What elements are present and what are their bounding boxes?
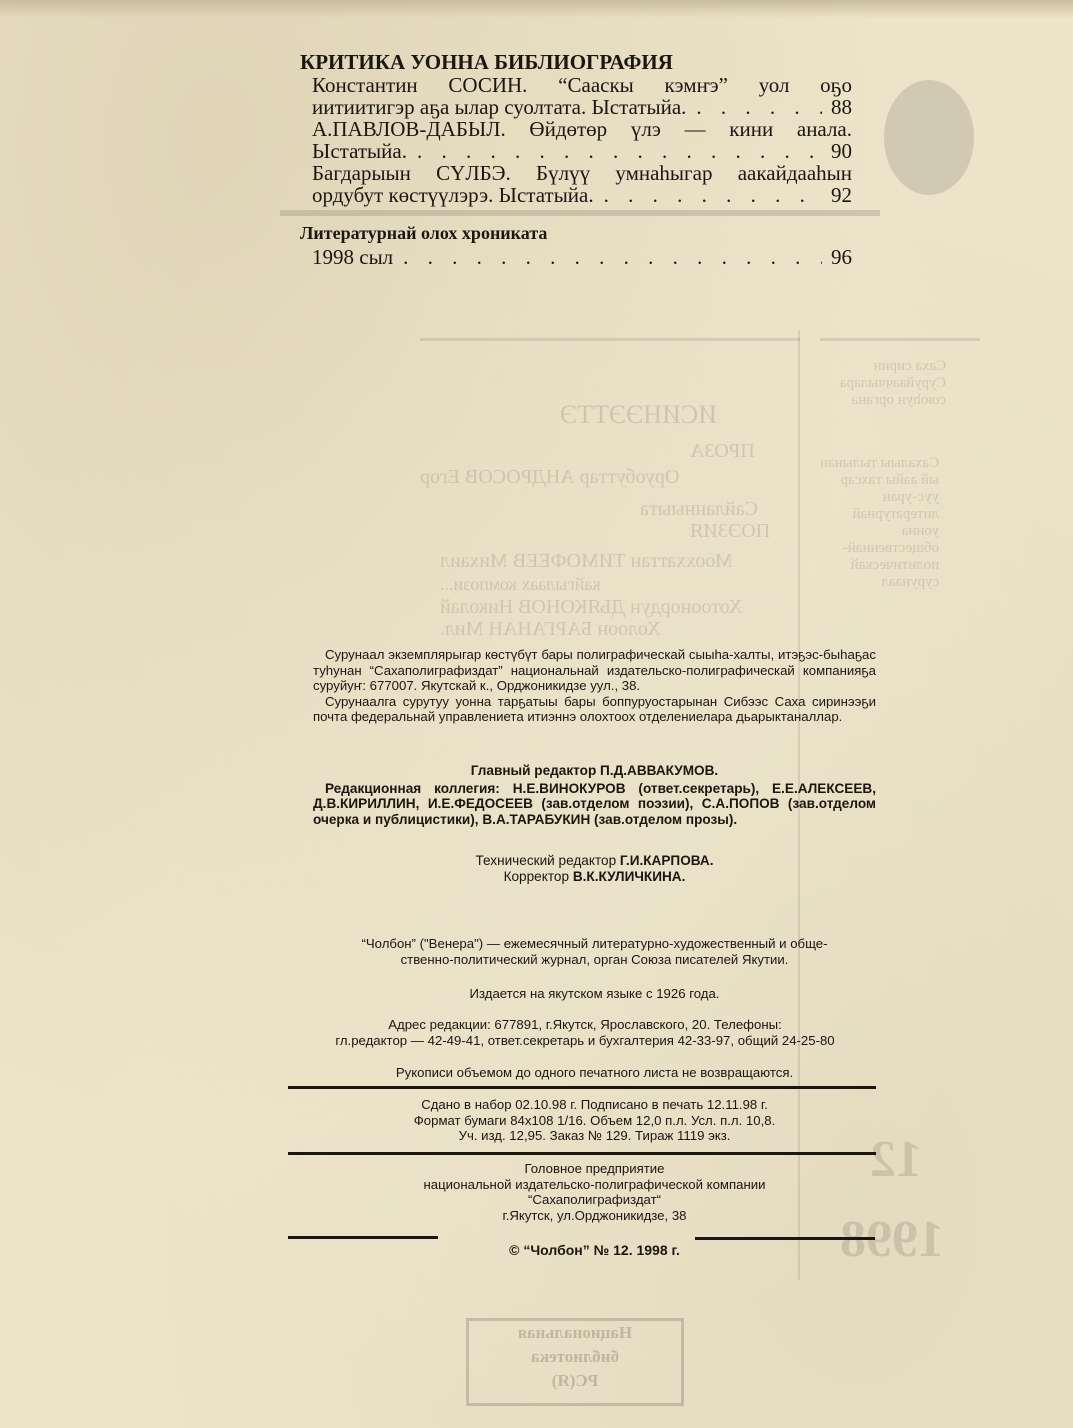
toc-entry-title-cont: Ыстатыйа.	[312, 140, 407, 162]
bleed-through-text: Оруобуттар АНДРОСОВ Егор	[420, 466, 679, 489]
bleed-through-text: кайгылаах компози...	[440, 574, 601, 595]
toc-entry-title: А.ПАВЛОВ-ДАБЫЛ. Өйдөтөр үлэ — кини анала…	[312, 118, 852, 140]
toc-entry-title: Константин СОСИН. “Сааскы кэмҥэ” уол оҕо	[312, 74, 852, 96]
bleed-through-text: Саха сиринСуруйааччыларасоюһун органа	[840, 358, 946, 409]
tech-editor: Технический редактор Г.И.КАРПОВА.	[313, 853, 876, 869]
tech-editor-name: Г.И.КАРПОВА.	[620, 853, 714, 868]
technical-staff: Технический редактор Г.И.КАРПОВА. Коррек…	[313, 853, 876, 884]
chief-editor-label: Главный редактор	[471, 763, 596, 778]
editorial-address: Адрес редакции: 677891, г.Якутск, Яросла…	[285, 1017, 885, 1048]
tech-editor-label: Технический редактор	[475, 853, 616, 868]
print-detail-line: Сдано в набор 02.10.98 г. Подписано в пе…	[313, 1097, 876, 1113]
bleed-through-text: Мооххаттан ТИМОФЕЕВ Михаил	[440, 550, 733, 573]
bleed-through-text: Сайланныыта	[640, 498, 758, 521]
toc-section-chronicle: Литературнай олох хрониката 1998 сыл. . …	[300, 222, 852, 268]
library-stamp-bleed-through: Национальная библиотека РС(Я)	[466, 1318, 684, 1406]
bleed-through-text: Хотоонордун ДЬЯКОНОВ Николай	[440, 596, 743, 619]
printer-line: Головное предприятие	[313, 1161, 876, 1177]
dot-leader: . . . . . . . . . . . . . . . . . . . . …	[403, 246, 822, 268]
bleed-through-text: Холоон БАРГАНАН Мил.	[440, 618, 661, 641]
stamp-line: РС(Я)	[469, 1369, 681, 1393]
distribution-paragraph: Сурунаалга сурутуу уонна тарҕатыы бары б…	[313, 694, 876, 725]
editorial-staff: Главный редактор П.Д.АВВАКУМОВ. Редакцио…	[313, 763, 876, 827]
dot-leader: . . . . . . . . . . . . . . . . . . . . …	[417, 140, 822, 162]
chief-editor-name: П.Д.АВВАКУМОВ.	[600, 763, 718, 778]
printer-line: национальной издательско-полиграфической…	[313, 1177, 876, 1193]
toc-page-number: 96	[828, 246, 852, 268]
address-line: Адрес редакции: 677891, г.Якутск, Яросла…	[285, 1017, 885, 1033]
published-since: Издается на якутском языке с 1926 года.	[313, 986, 876, 1002]
toc-entry-title-cont: ордубут көстүүлэрэ. Ыстатыйа.	[312, 184, 594, 206]
dot-leader: . . . . . . . . . . . . . . . . . . . . …	[604, 184, 822, 206]
printer-line: г.Якутск, ул.Орджоникидзе, 38	[313, 1208, 876, 1224]
manuscripts-notice: Рукописи объемом до одного печатного лис…	[313, 1065, 876, 1081]
bleed-through-text: ПОЭЗИЯ	[690, 520, 770, 543]
journal-description: “Чолбон” ("Венера") — ежемесячный литера…	[313, 936, 876, 967]
journal-desc-line: ственно-политический журнал, орган Союза…	[313, 952, 876, 968]
proofreader-label: Корректор	[504, 869, 569, 884]
toc-page-number: 90	[828, 140, 852, 162]
chief-editor: Главный редактор П.Д.АВВАКУМОВ.	[313, 763, 876, 779]
horizontal-rule-right	[695, 1237, 875, 1240]
toc-entry-title: Багдарыын СҮЛБЭ. Бүлүү умнаһыгар аакайда…	[312, 162, 852, 184]
print-details: Сдано в набор 02.10.98 г. Подписано в пе…	[313, 1097, 876, 1144]
proofreader-name: В.К.КУЛИЧКИНА.	[573, 869, 686, 884]
section-heading: Литературнай олох хрониката	[300, 222, 852, 244]
bleed-through-text: Сахалыы тылынаный аайы тахсаруус-уранлит…	[820, 455, 939, 591]
editorial-board: Редакционная коллегия: Н.Е.ВИНОКУРОВ (от…	[313, 781, 876, 828]
stamp-line: библиотека	[469, 1345, 681, 1369]
bleed-through-rule	[820, 338, 980, 341]
copyright: © “Чолбон” № 12. 1998 г.	[313, 1243, 876, 1259]
horizontal-rule-left	[288, 1236, 438, 1239]
toc-entry: Константин СОСИН. “Сааскы кэмҥэ” уол оҕо…	[312, 74, 852, 118]
bleed-through-text: ПРОЗА	[690, 440, 755, 463]
page-edge-shadow	[0, 0, 1073, 18]
phones-line: гл.редактор — 42-49-41, ответ.секретарь …	[285, 1033, 885, 1049]
toc-entry: 1998 сыл. . . . . . . . . . . . . . . . …	[312, 246, 852, 268]
bleed-through-emblem	[884, 80, 974, 195]
section-heading: КРИТИКА УОННА БИБЛИОГРАФИЯ	[300, 50, 852, 74]
printer-info: Головное предприятие национальной издате…	[313, 1161, 876, 1223]
horizontal-rule	[288, 1152, 876, 1155]
toc-entry-title-cont: иитиитигэр аҕа ылар суолтата. Ыстатыйа.	[312, 96, 686, 118]
horizontal-rule	[288, 1086, 876, 1089]
stamp-line: Национальная	[469, 1321, 681, 1345]
section-separator	[280, 210, 880, 216]
dot-leader: . . . . . . . . . . . . . . . . . . . . …	[696, 96, 822, 118]
toc-entry: А.ПАВЛОВ-ДАБЫЛ. Өйдөтөр үлэ — кини анала…	[312, 118, 852, 162]
errata-paragraph: Сурунаал экземплярыгар көстүбүт бары пол…	[313, 647, 876, 694]
subscription-notes: Сурунаал экземплярыгар көстүбүт бары пол…	[313, 647, 876, 725]
board-label: Редакционная коллегия:	[325, 781, 500, 796]
toc-entry: Багдарыын СҮЛБЭ. Бүлүү умнаһыгар аакайда…	[312, 162, 852, 206]
printer-line: “Сахаполиграфиздат“	[313, 1192, 876, 1208]
bleed-through-rule	[420, 338, 800, 341]
print-detail-line: Уч. изд. 12,95. Заказ № 129. Тираж 1119 …	[313, 1128, 876, 1144]
bleed-through-text: 12	[870, 1130, 922, 1189]
toc-page-number: 88	[828, 96, 852, 118]
proofreader: Корректор В.К.КУЛИЧКИНА.	[313, 869, 876, 885]
toc-section-criticism: КРИТИКА УОННА БИБЛИОГРАФИЯ Константин СО…	[300, 50, 852, 206]
journal-desc-line: “Чолбон” ("Венера") — ежемесячный литера…	[313, 936, 876, 952]
bleed-through-text: ИСИНЭЭТТЭ	[560, 400, 717, 430]
toc-page-number: 92	[828, 184, 852, 206]
toc-entry-title: 1998 сыл	[312, 246, 393, 268]
print-detail-line: Формат бумаги 84x108 1/16. Объем 12,0 п.…	[313, 1113, 876, 1129]
